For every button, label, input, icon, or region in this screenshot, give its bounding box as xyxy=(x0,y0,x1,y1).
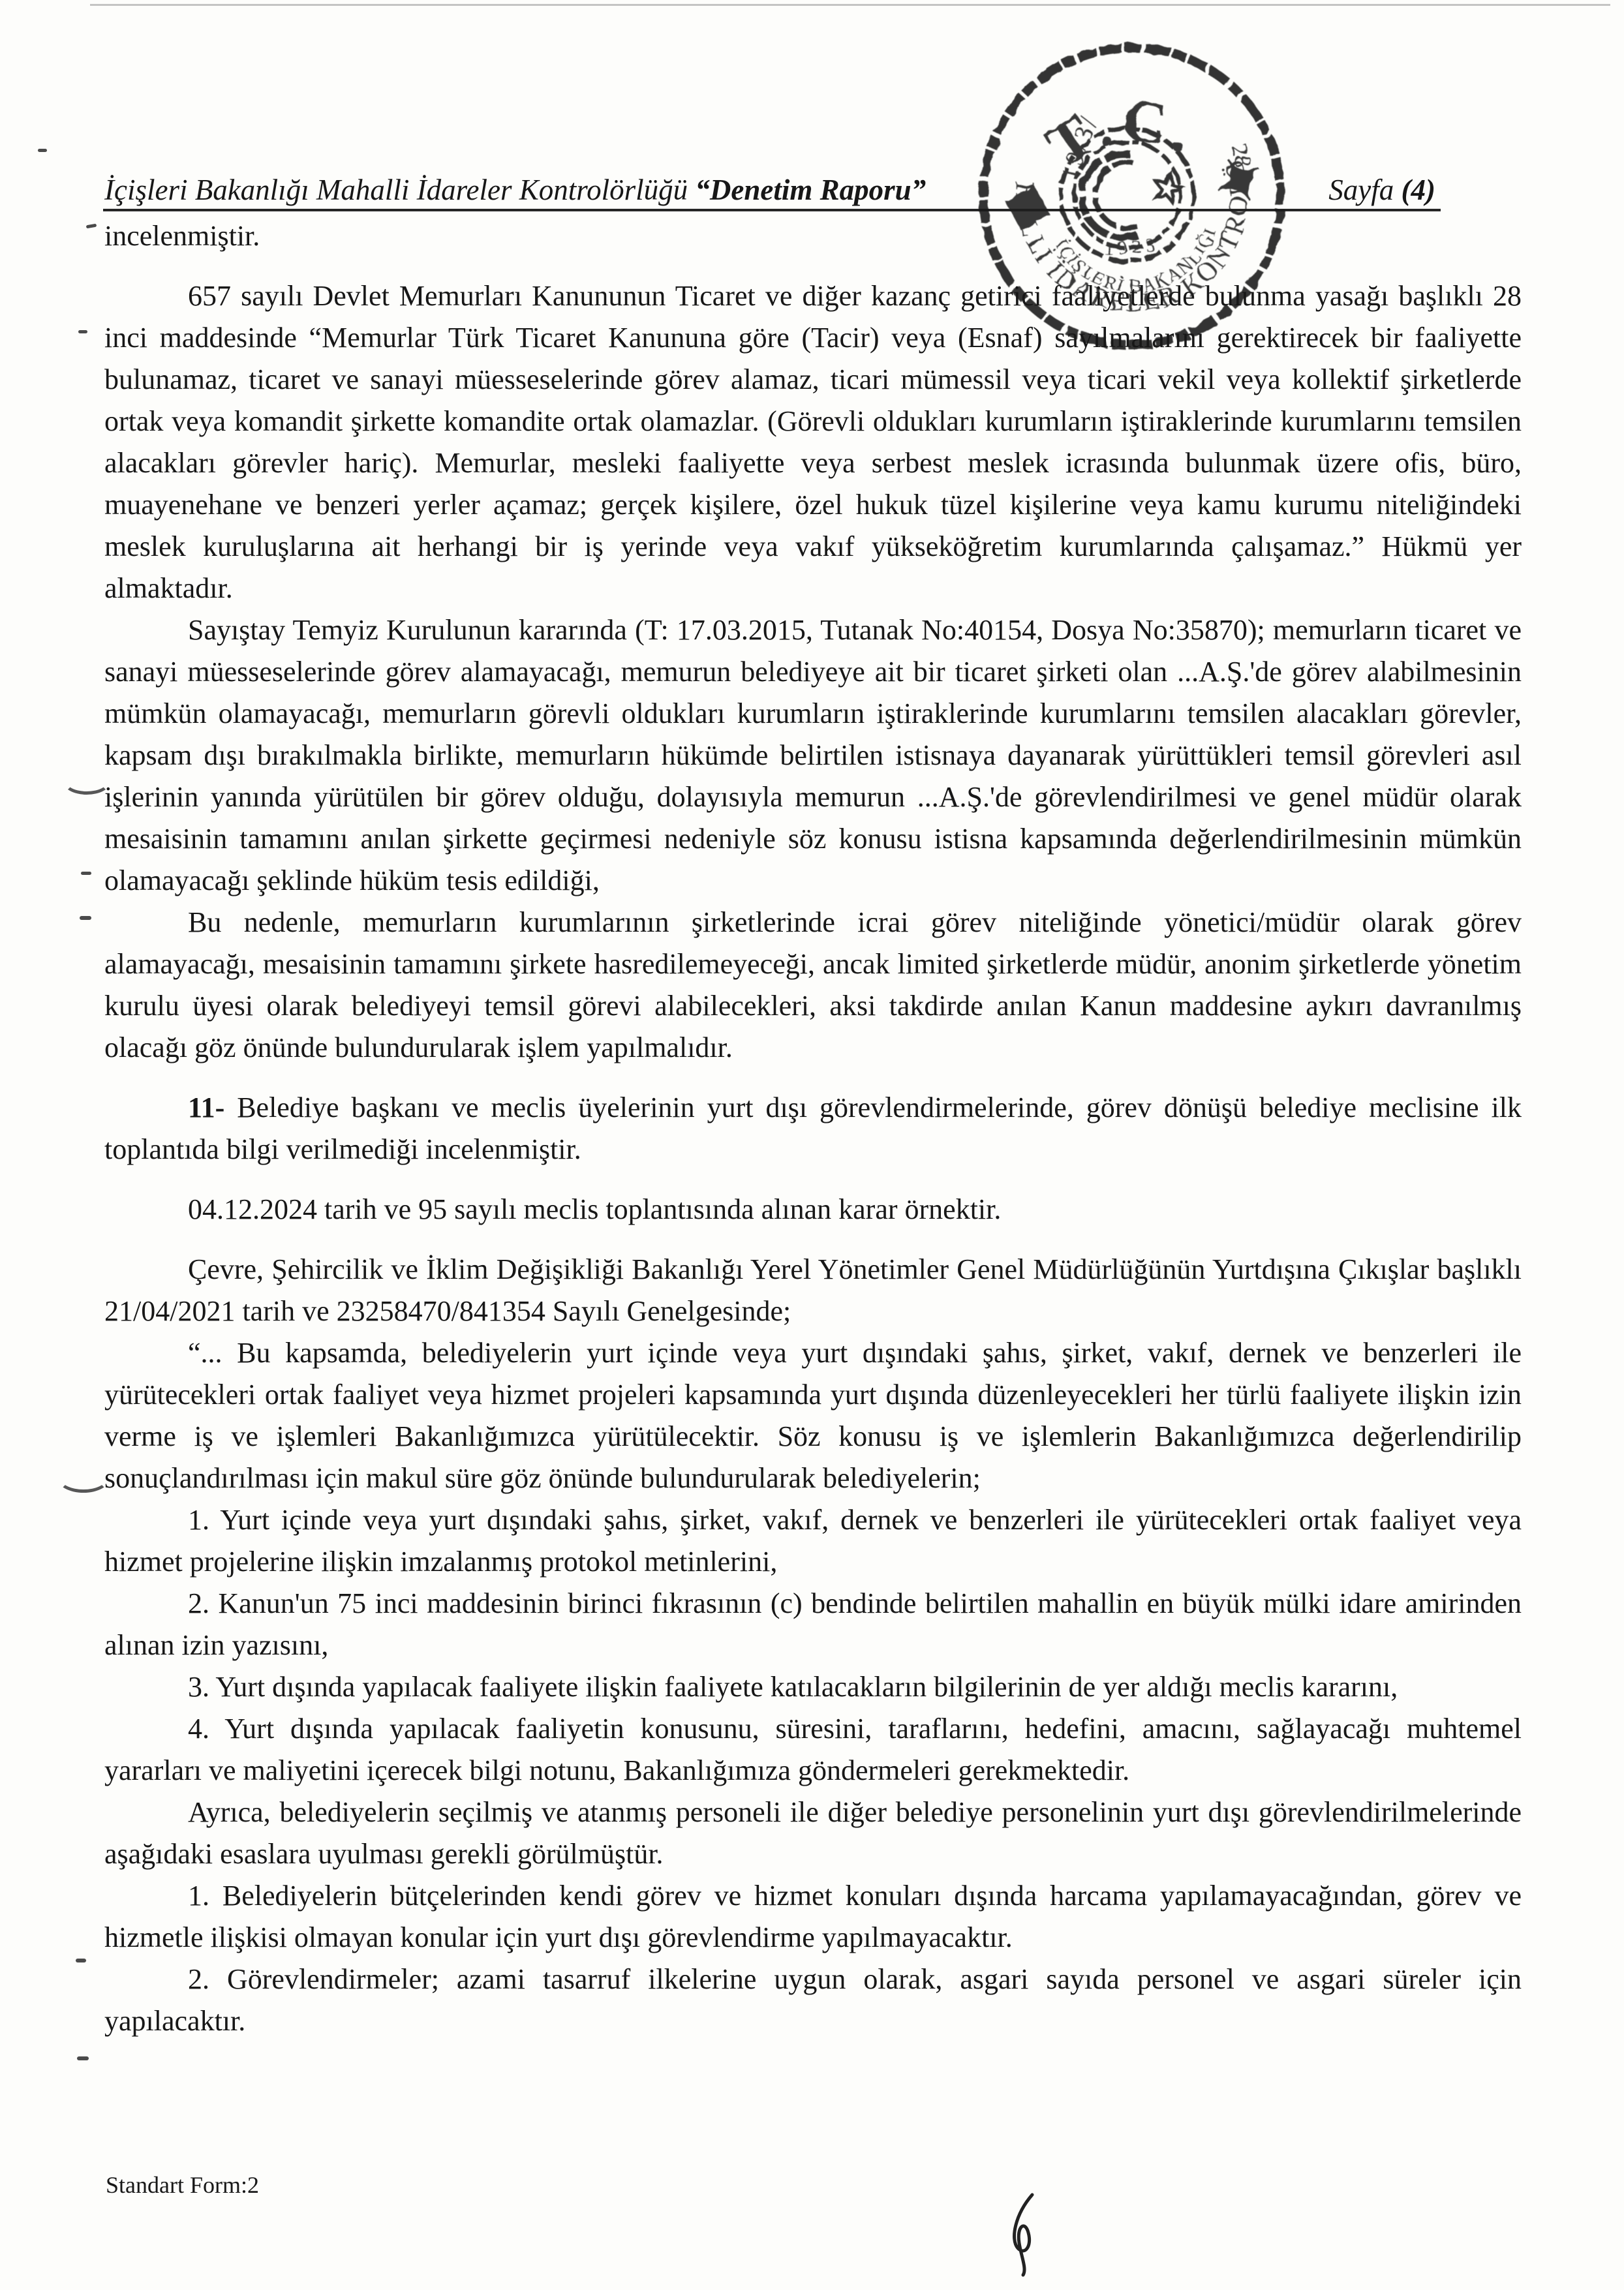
standart-form-label: Standart Form:2 xyxy=(106,2171,259,2199)
paragraph-genelge-madde-1: 1. Yurt içinde veya yurt dışındaki şahıs… xyxy=(104,1499,1522,1583)
paragraph-genelge-kapsam: “... Bu kapsamda, belediyelerin yurt içi… xyxy=(104,1332,1522,1499)
paragraph-genelge: Çevre, Şehircilik ve İklim Değişikliği B… xyxy=(104,1249,1522,1332)
scan-edge-line xyxy=(90,4,1610,6)
scan-artifact-dash xyxy=(76,1959,86,1962)
scan-artifact-dash xyxy=(77,2056,89,2060)
paragraph-esas-1: 1. Belediyelerin bütçelerinden kendi gör… xyxy=(104,1875,1522,1959)
scan-artifact-dash xyxy=(38,149,47,152)
crescent-inner-arc xyxy=(1093,162,1139,232)
document-title-report: “Denetim Raporu” xyxy=(695,174,926,206)
madde-11-numara: 11- xyxy=(188,1092,224,1123)
madde-11-metin: Belediye başkanı ve meclis üyelerinin yu… xyxy=(104,1092,1522,1165)
paragraph-madde-11: 11- Belediye başkanı ve meclis üyelerini… xyxy=(104,1087,1522,1170)
scan-artifact-curve xyxy=(63,767,111,795)
paragraph-genelge-madde-2: 2. Kanun'un 75 inci maddesinin birinci f… xyxy=(104,1583,1522,1666)
paragraph-657-kanun: 657 sayılı Devlet Memurları Kanununun Ti… xyxy=(104,275,1522,609)
tc-seal-stamp: ◆ T.C. ✦ MAHALLİ İDARELER KONTROLÖRÜ İÇİ… xyxy=(963,27,1301,365)
paragraph-ayrica: Ayrıca, belediyelerin seçilmiş ve atanmı… xyxy=(104,1792,1522,1875)
page-number-prefix: Sayfa xyxy=(1328,174,1401,206)
page-number: Sayfa (4) xyxy=(1328,173,1435,207)
document-title: İçişleri Bakanlığı Mahalli İdareler Kont… xyxy=(104,173,926,207)
seal-graphics: ◆ T.C. ✦ MAHALLİ İDARELER KONTROLÖRÜ İÇİ… xyxy=(963,27,1293,359)
scan-artifact-dash xyxy=(80,916,91,920)
paragraph-sayistay-karari: Sayıştay Temyiz Kurulunun kararında (T: … xyxy=(104,609,1522,902)
signature-mark xyxy=(1004,2192,1049,2277)
page-number-value: (4) xyxy=(1402,174,1435,206)
document-page: İçişleri Bakanlığı Mahalli İdareler Kont… xyxy=(0,0,1624,2290)
paragraph-genelge-madde-3: 3. Yurt dışında yapılacak faaliyete iliş… xyxy=(104,1666,1522,1708)
scan-artifact-dash xyxy=(81,872,91,875)
scan-artifact-dash xyxy=(86,224,97,229)
paragraph-intro: incelenmiştir. xyxy=(104,215,1522,257)
document-body: incelenmiştir. 657 sayılı Devlet Memurla… xyxy=(104,215,1522,2042)
scan-artifact-curve xyxy=(57,1464,110,1493)
document-title-regular: İçişleri Bakanlığı Mahalli İdareler Kont… xyxy=(104,174,695,206)
paragraph-bu-nedenle: Bu nedenle, memurların kurumlarının şirk… xyxy=(104,902,1522,1069)
paragraph-meclis-karari: 04.12.2024 tarih ve 95 sayılı meclis top… xyxy=(104,1189,1522,1230)
scan-artifact-dash xyxy=(78,330,87,333)
paragraph-genelge-madde-4: 4. Yurt dışında yapılacak faaliyetin kon… xyxy=(104,1708,1522,1792)
paragraph-esas-2: 2. Görevlendirmeler; azami tasarruf ilke… xyxy=(104,1959,1522,2042)
